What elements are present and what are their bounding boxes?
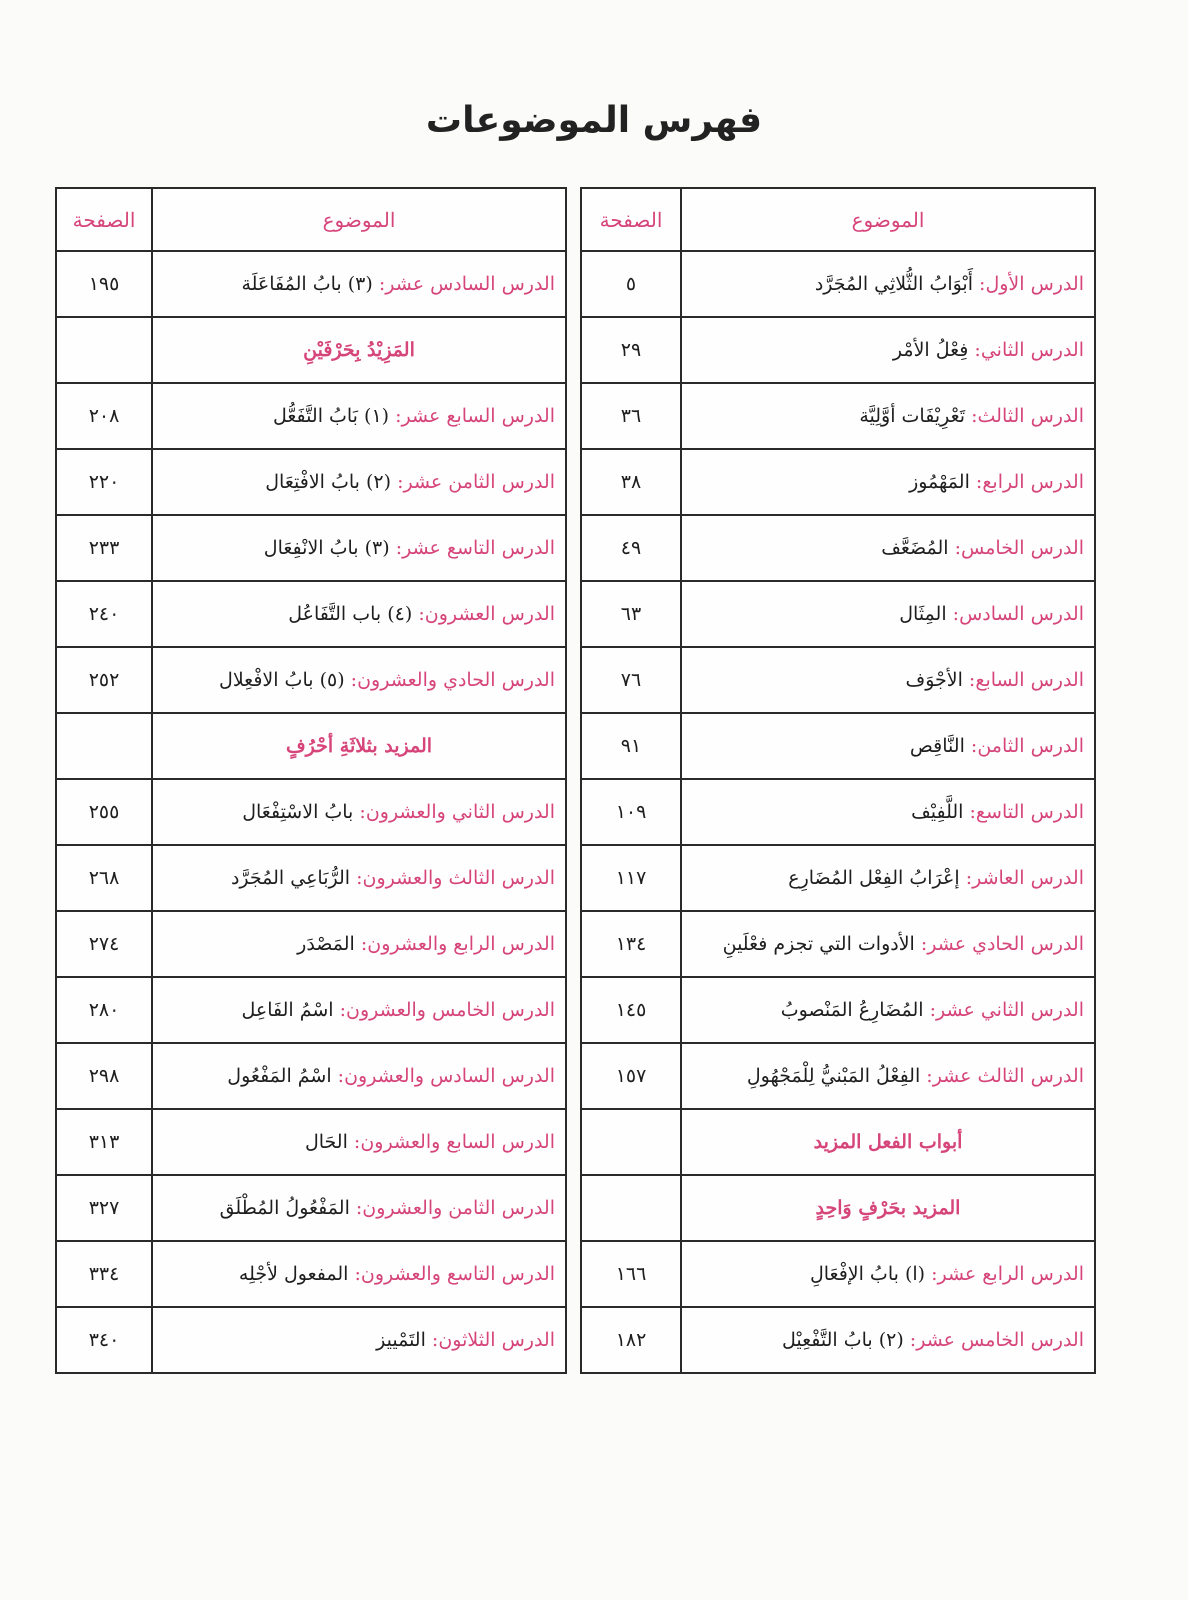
lesson-entry: الدرس السادس عشر: (٣) بابُ المُفَاعَلَة bbox=[152, 251, 566, 317]
page-number: ٣٦ bbox=[581, 383, 681, 449]
lesson-topic: تَعْرِيْفَات أوَّلِيَّة bbox=[859, 405, 965, 427]
lesson-topic: المَفْعُولُ المُطْلَق bbox=[220, 1197, 350, 1219]
table-header-row: الموضوع الصفحة bbox=[56, 188, 566, 251]
lesson-label: الدرس الحادي والعشرون bbox=[357, 669, 555, 691]
colon-separator: : bbox=[904, 1329, 916, 1351]
lesson-entry: الدرس الرابع عشر: (ا) بابُ الإفْعَالِ bbox=[681, 1241, 1095, 1307]
lesson-entry: الدرس الثامن والعشرون: المَفْعُولُ المُط… bbox=[152, 1175, 566, 1241]
page-number: ٢٢٠ bbox=[56, 449, 152, 515]
table-header-row: الموضوع الصفحة bbox=[581, 188, 1095, 251]
lesson-label: الدرس الثامن bbox=[977, 735, 1084, 757]
table-row: الدرس السابع عشر: (١) بَابُ التَّفَعُّل٢… bbox=[56, 383, 566, 449]
colon-separator: : bbox=[373, 273, 385, 295]
page-number: ٢٠٨ bbox=[56, 383, 152, 449]
colon-separator: : bbox=[390, 537, 402, 559]
lesson-label: الدرس الخامس والعشرون bbox=[346, 999, 555, 1021]
colon-separator: : bbox=[973, 273, 985, 295]
colon-separator: : bbox=[920, 1065, 932, 1087]
page-number: ٢٦٨ bbox=[56, 845, 152, 911]
lesson-entry: الدرس الثلاثون: التَمْييز bbox=[152, 1307, 566, 1373]
lesson-topic: المفعول لأجْلِه bbox=[239, 1263, 349, 1285]
page-number: ١٨٢ bbox=[581, 1307, 681, 1373]
lesson-entry: الدرس الثالث والعشرون: الرُّبَاعِي المُج… bbox=[152, 845, 566, 911]
section-heading: المزيد بثلاثَةِ أحْرُفٍ bbox=[152, 713, 566, 779]
colon-separator: : bbox=[426, 1329, 438, 1351]
lesson-entry: الدرس الخامس: المُضَعَّف bbox=[681, 515, 1095, 581]
lesson-entry: الدرس التاسع عشر: (٣) بابُ الانْفِعَال bbox=[152, 515, 566, 581]
table-row: الدرس السادس والعشرون: اسْمُ المَفْعُول٢… bbox=[56, 1043, 566, 1109]
page-number: ٢٨٠ bbox=[56, 977, 152, 1043]
lesson-label: الدرس الثامن عشر bbox=[404, 471, 556, 493]
section-heading-row: المَزِيْدُ بِحَرْفَيْنِ bbox=[56, 317, 566, 383]
lesson-label: الدرس العشرون bbox=[425, 603, 555, 625]
lesson-label: الدرس الثالث bbox=[978, 405, 1085, 427]
lesson-topic: إعْرَابُ الفِعْل المُضَارِع bbox=[788, 867, 959, 889]
lesson-label: الدرس التاسع عشر bbox=[402, 537, 555, 559]
lesson-entry: الدرس التاسع: اللَّفِيْف bbox=[681, 779, 1095, 845]
page-number: ٢٥٢ bbox=[56, 647, 152, 713]
page-number: ١٤٥ bbox=[581, 977, 681, 1043]
page-number: ٢٩٨ bbox=[56, 1043, 152, 1109]
lesson-topic: (٥) بابُ الافْعِلال bbox=[219, 669, 345, 691]
lesson-label: الدرس العاشر bbox=[972, 867, 1084, 889]
lesson-label: الدرس الثالث والعشرون bbox=[363, 867, 556, 889]
lesson-entry: الدرس السابع والعشرون: الحَال bbox=[152, 1109, 566, 1175]
page-number: ٣٤٠ bbox=[56, 1307, 152, 1373]
toc-table-left: الموضوع الصفحة الدرس السادس عشر: (٣) باب… bbox=[55, 187, 567, 1374]
lesson-topic: بابُ الاسْتِفْعَال bbox=[242, 801, 353, 823]
page-number: ٣٣٤ bbox=[56, 1241, 152, 1307]
lesson-topic: (٢) بابُ الافْتِعَال bbox=[265, 471, 391, 493]
page-number: ٩١ bbox=[581, 713, 681, 779]
lesson-topic: التَمْييز bbox=[376, 1329, 426, 1351]
table-row: الدرس السابع والعشرون: الحَال٣١٣ bbox=[56, 1109, 566, 1175]
lesson-entry: الدرس الخامس والعشرون: اسْمُ الفَاعِل bbox=[152, 977, 566, 1043]
table-row: الدرس الثلاثون: التَمْييز٣٤٠ bbox=[56, 1307, 566, 1373]
lesson-label: الدرس الحادي عشر bbox=[927, 933, 1084, 955]
page-number: ٦٣ bbox=[581, 581, 681, 647]
table-row: الدرس الرابع: المَهْمُوز٣٨ bbox=[581, 449, 1095, 515]
lesson-label: الدرس الثاني عشر bbox=[936, 999, 1084, 1021]
lesson-topic: (٤) باب التَّفَاعُل bbox=[288, 603, 412, 625]
lesson-entry: الدرس الثامن عشر: (٢) بابُ الافْتِعَال bbox=[152, 449, 566, 515]
page-number: ٣١٣ bbox=[56, 1109, 152, 1175]
page-number: ١٣٤ bbox=[581, 911, 681, 977]
lesson-entry: الدرس الرابع والعشرون: المَصْدَر bbox=[152, 911, 566, 977]
lesson-entry: الدرس العشرون: (٤) باب التَّفَاعُل bbox=[152, 581, 566, 647]
lesson-topic: الحَال bbox=[305, 1131, 348, 1153]
lesson-label: الدرس الرابع والعشرون bbox=[367, 933, 555, 955]
page-number: ٣٨ bbox=[581, 449, 681, 515]
lesson-label: الدرس الخامس bbox=[961, 537, 1084, 559]
page-number: ١٠٩ bbox=[581, 779, 681, 845]
table-row: الدرس التاسع: اللَّفِيْف١٠٩ bbox=[581, 779, 1095, 845]
lesson-topic: النَّاقِص bbox=[910, 735, 965, 757]
table-row: الدرس التاسع والعشرون: المفعول لأجْلِه٣٣… bbox=[56, 1241, 566, 1307]
page-number: ٢٥٥ bbox=[56, 779, 152, 845]
table-row: الدرس العاشر: إعْرَابُ الفِعْل المُضَارِ… bbox=[581, 845, 1095, 911]
lesson-label: الدرس الثاني والعشرون bbox=[366, 801, 555, 823]
colon-separator: : bbox=[389, 405, 401, 427]
lesson-label: الدرس السابع والعشرون bbox=[360, 1131, 555, 1153]
lesson-entry: الدرس الثاني عشر: المُضَارِعُ المَنْصوبُ bbox=[681, 977, 1095, 1043]
table-row: الدرس الثالث والعشرون: الرُّبَاعِي المُج… bbox=[56, 845, 566, 911]
lesson-topic: اللَّفِيْف bbox=[911, 801, 963, 823]
colon-separator: : bbox=[965, 735, 977, 757]
lesson-entry: الدرس الثالث: تَعْرِيْفَات أوَّلِيَّة bbox=[681, 383, 1095, 449]
colon-separator: : bbox=[915, 933, 927, 955]
column-header-page: الصفحة bbox=[56, 188, 152, 251]
page-number: ١٦٦ bbox=[581, 1241, 681, 1307]
lesson-entry: الدرس الأول: أَبْوَابُ الثُّلاثِي المُجَ… bbox=[681, 251, 1095, 317]
colon-separator: : bbox=[332, 1065, 344, 1087]
colon-separator: : bbox=[345, 669, 357, 691]
page-number: ١٥٧ bbox=[581, 1043, 681, 1109]
table-row: الدرس السابع: الأجْوَف٧٦ bbox=[581, 647, 1095, 713]
colon-separator: : bbox=[965, 405, 977, 427]
lesson-label: الدرس الرابع bbox=[982, 471, 1084, 493]
toc-table-right-body: الدرس الأول: أَبْوَابُ الثُّلاثِي المُجَ… bbox=[581, 251, 1095, 1373]
lesson-entry: الدرس السادس: المِثَال bbox=[681, 581, 1095, 647]
lesson-entry: الدرس السابع: الأجْوَف bbox=[681, 647, 1095, 713]
lesson-label: الدرس التاسع bbox=[976, 801, 1084, 823]
colon-separator: : bbox=[947, 603, 959, 625]
lesson-topic: المُضَارِعُ المَنْصوبُ bbox=[781, 999, 924, 1021]
lesson-label: الدرس السادس bbox=[959, 603, 1084, 625]
page-number: ٣٢٧ bbox=[56, 1175, 152, 1241]
table-row: الدرس الرابع عشر: (ا) بابُ الإفْعَالِ١٦٦ bbox=[581, 1241, 1095, 1307]
table-row: الدرس الثالث: تَعْرِيْفَات أوَّلِيَّة٣٦ bbox=[581, 383, 1095, 449]
table-row: الدرس الثاني والعشرون: بابُ الاسْتِفْعَا… bbox=[56, 779, 566, 845]
lesson-topic: أَبْوَابُ الثُّلاثِي المُجَرَّد bbox=[815, 273, 973, 295]
lesson-topic: المَصْدَر bbox=[297, 933, 355, 955]
table-row: الدرس الخامس والعشرون: اسْمُ الفَاعِل٢٨٠ bbox=[56, 977, 566, 1043]
table-row: الدرس الثاني: فِعْلُ الأمْر٢٩ bbox=[581, 317, 1095, 383]
lesson-entry: الدرس السادس والعشرون: اسْمُ المَفْعُول bbox=[152, 1043, 566, 1109]
lesson-label: الدرس الثالث عشر bbox=[933, 1065, 1084, 1087]
lesson-entry: الدرس الرابع: المَهْمُوز bbox=[681, 449, 1095, 515]
lesson-entry: الدرس التاسع والعشرون: المفعول لأجْلِه bbox=[152, 1241, 566, 1307]
lesson-topic: (٣) بابُ المُفَاعَلَة bbox=[241, 273, 372, 295]
lesson-label: الدرس السابع bbox=[975, 669, 1084, 691]
table-row: الدرس الرابع والعشرون: المَصْدَر٢٧٤ bbox=[56, 911, 566, 977]
lesson-topic: المُضَعَّف bbox=[881, 537, 948, 559]
lesson-topic: (٣) بابُ الانْفِعَال bbox=[264, 537, 390, 559]
column-header-topic: الموضوع bbox=[152, 188, 566, 251]
table-row: الدرس الحادي والعشرون: (٥) بابُ الافْعِل… bbox=[56, 647, 566, 713]
table-row: الدرس الثامن عشر: (٢) بابُ الافْتِعَال٢٢… bbox=[56, 449, 566, 515]
lesson-topic: الأجْوَف bbox=[906, 669, 963, 691]
colon-separator: : bbox=[355, 933, 367, 955]
lesson-label: الدرس الخامس عشر bbox=[916, 1329, 1084, 1351]
colon-separator: : bbox=[350, 867, 362, 889]
page-number: ٧٦ bbox=[581, 647, 681, 713]
lesson-topic: المَهْمُوز bbox=[909, 471, 970, 493]
table-row: الدرس السادس: المِثَال٦٣ bbox=[581, 581, 1095, 647]
lesson-topic: الفِعْلُ المَبْنيُّ لِلْمَجْهُولِ bbox=[747, 1065, 920, 1087]
lesson-entry: الدرس الثاني والعشرون: بابُ الاسْتِفْعَا… bbox=[152, 779, 566, 845]
section-heading-row: أبواب الفعل المزيد bbox=[581, 1109, 1095, 1175]
lesson-label: الدرس الثامن والعشرون bbox=[362, 1197, 555, 1219]
colon-separator: : bbox=[968, 339, 980, 361]
colon-separator: : bbox=[334, 999, 346, 1021]
lesson-topic: اسْمُ الفَاعِل bbox=[241, 999, 333, 1021]
lesson-entry: الدرس السابع عشر: (١) بَابُ التَّفَعُّل bbox=[152, 383, 566, 449]
lesson-topic: المِثَال bbox=[899, 603, 946, 625]
lesson-topic: (٢) بابُ التَّفْعِيْل bbox=[782, 1329, 904, 1351]
table-row: الدرس التاسع عشر: (٣) بابُ الانْفِعَال٢٣… bbox=[56, 515, 566, 581]
toc-table-left-body: الدرس السادس عشر: (٣) بابُ المُفَاعَلَة١… bbox=[56, 251, 566, 1373]
table-row: الدرس السادس عشر: (٣) بابُ المُفَاعَلَة١… bbox=[56, 251, 566, 317]
page-number: ٤٩ bbox=[581, 515, 681, 581]
section-heading-row: المزيد بحَرْفٍ وَاحِدٍ bbox=[581, 1175, 1095, 1241]
table-row: الدرس العشرون: (٤) باب التَّفَاعُل٢٤٠ bbox=[56, 581, 566, 647]
colon-separator: : bbox=[350, 1197, 362, 1219]
page-number: ٢٧٤ bbox=[56, 911, 152, 977]
lesson-entry: الدرس الحادي عشر: الأدوات التي تجزم فعْل… bbox=[681, 911, 1095, 977]
table-row: الدرس الحادي عشر: الأدوات التي تجزم فعْل… bbox=[581, 911, 1095, 977]
toc-table-right: الموضوع الصفحة الدرس الأول: أَبْوَابُ ال… bbox=[580, 187, 1096, 1374]
colon-separator: : bbox=[949, 537, 961, 559]
colon-separator: : bbox=[348, 1263, 360, 1285]
column-header-page: الصفحة bbox=[581, 188, 681, 251]
lesson-entry: الدرس الخامس عشر: (٢) بابُ التَّفْعِيْل bbox=[681, 1307, 1095, 1373]
colon-separator: : bbox=[391, 471, 403, 493]
lesson-topic: (١) بَابُ التَّفَعُّل bbox=[273, 405, 389, 427]
table-row: الدرس الثاني عشر: المُضَارِعُ المَنْصوبُ… bbox=[581, 977, 1095, 1043]
colon-separator: : bbox=[963, 801, 975, 823]
page-number: ٢٩ bbox=[581, 317, 681, 383]
colon-separator: : bbox=[970, 471, 982, 493]
lesson-label: الدرس السادس والعشرون bbox=[344, 1065, 555, 1087]
table-row: الدرس الثالث عشر: الفِعْلُ المَبْنيُّ لِ… bbox=[581, 1043, 1095, 1109]
lesson-topic: الرُّبَاعِي المُجَرَّد bbox=[231, 867, 350, 889]
lesson-entry: الدرس الحادي والعشرون: (٥) بابُ الافْعِل… bbox=[152, 647, 566, 713]
table-row: الدرس الثامن والعشرون: المَفْعُولُ المُط… bbox=[56, 1175, 566, 1241]
page-number bbox=[581, 1175, 681, 1241]
lesson-topic: اسْمُ المَفْعُول bbox=[227, 1065, 331, 1087]
table-row: الدرس الأول: أَبْوَابُ الثُّلاثِي المُجَ… bbox=[581, 251, 1095, 317]
page-number bbox=[581, 1109, 681, 1175]
lesson-label: الدرس التاسع والعشرون bbox=[361, 1263, 555, 1285]
page-number: ٢٤٠ bbox=[56, 581, 152, 647]
colon-separator: : bbox=[348, 1131, 360, 1153]
table-row: الدرس الخامس: المُضَعَّف٤٩ bbox=[581, 515, 1095, 581]
section-heading: أبواب الفعل المزيد bbox=[681, 1109, 1095, 1175]
lesson-entry: الدرس الثاني: فِعْلُ الأمْر bbox=[681, 317, 1095, 383]
colon-separator: : bbox=[412, 603, 424, 625]
colon-separator: : bbox=[925, 1263, 937, 1285]
lesson-label: الدرس الثلاثون bbox=[438, 1329, 555, 1351]
page-number: ٢٣٣ bbox=[56, 515, 152, 581]
lesson-label: الدرس الأول bbox=[985, 273, 1084, 295]
section-heading-row: المزيد بثلاثَةِ أحْرُفٍ bbox=[56, 713, 566, 779]
section-heading: المزيد بحَرْفٍ وَاحِدٍ bbox=[681, 1175, 1095, 1241]
page-number: ١١٧ bbox=[581, 845, 681, 911]
page-title: فهرس الموضوعات bbox=[0, 100, 1188, 141]
lesson-label: الدرس السابع عشر bbox=[402, 405, 555, 427]
table-row: الدرس الثامن: النَّاقِص٩١ bbox=[581, 713, 1095, 779]
lesson-entry: الدرس الثالث عشر: الفِعْلُ المَبْنيُّ لِ… bbox=[681, 1043, 1095, 1109]
lesson-label: الدرس السادس عشر bbox=[385, 273, 555, 295]
lesson-topic: (ا) بابُ الإفْعَالِ bbox=[810, 1263, 925, 1285]
column-header-topic: الموضوع bbox=[681, 188, 1095, 251]
lesson-topic: الأدوات التي تجزم فعْلَينِ bbox=[723, 933, 915, 955]
lesson-label: الدرس الثاني bbox=[981, 339, 1084, 361]
colon-separator: : bbox=[960, 867, 972, 889]
page-number: ١٩٥ bbox=[56, 251, 152, 317]
colon-separator: : bbox=[353, 801, 365, 823]
lesson-entry: الدرس الثامن: النَّاقِص bbox=[681, 713, 1095, 779]
lesson-topic: فِعْلُ الأمْر bbox=[893, 339, 968, 361]
section-heading: المَزِيْدُ بِحَرْفَيْنِ bbox=[152, 317, 566, 383]
page-number bbox=[56, 317, 152, 383]
table-row: الدرس الخامس عشر: (٢) بابُ التَّفْعِيْل١… bbox=[581, 1307, 1095, 1373]
page-number: ٥ bbox=[581, 251, 681, 317]
lesson-entry: الدرس العاشر: إعْرَابُ الفِعْل المُضَارِ… bbox=[681, 845, 1095, 911]
colon-separator: : bbox=[963, 669, 975, 691]
page-number bbox=[56, 713, 152, 779]
colon-separator: : bbox=[924, 999, 936, 1021]
lesson-label: الدرس الرابع عشر bbox=[938, 1263, 1085, 1285]
